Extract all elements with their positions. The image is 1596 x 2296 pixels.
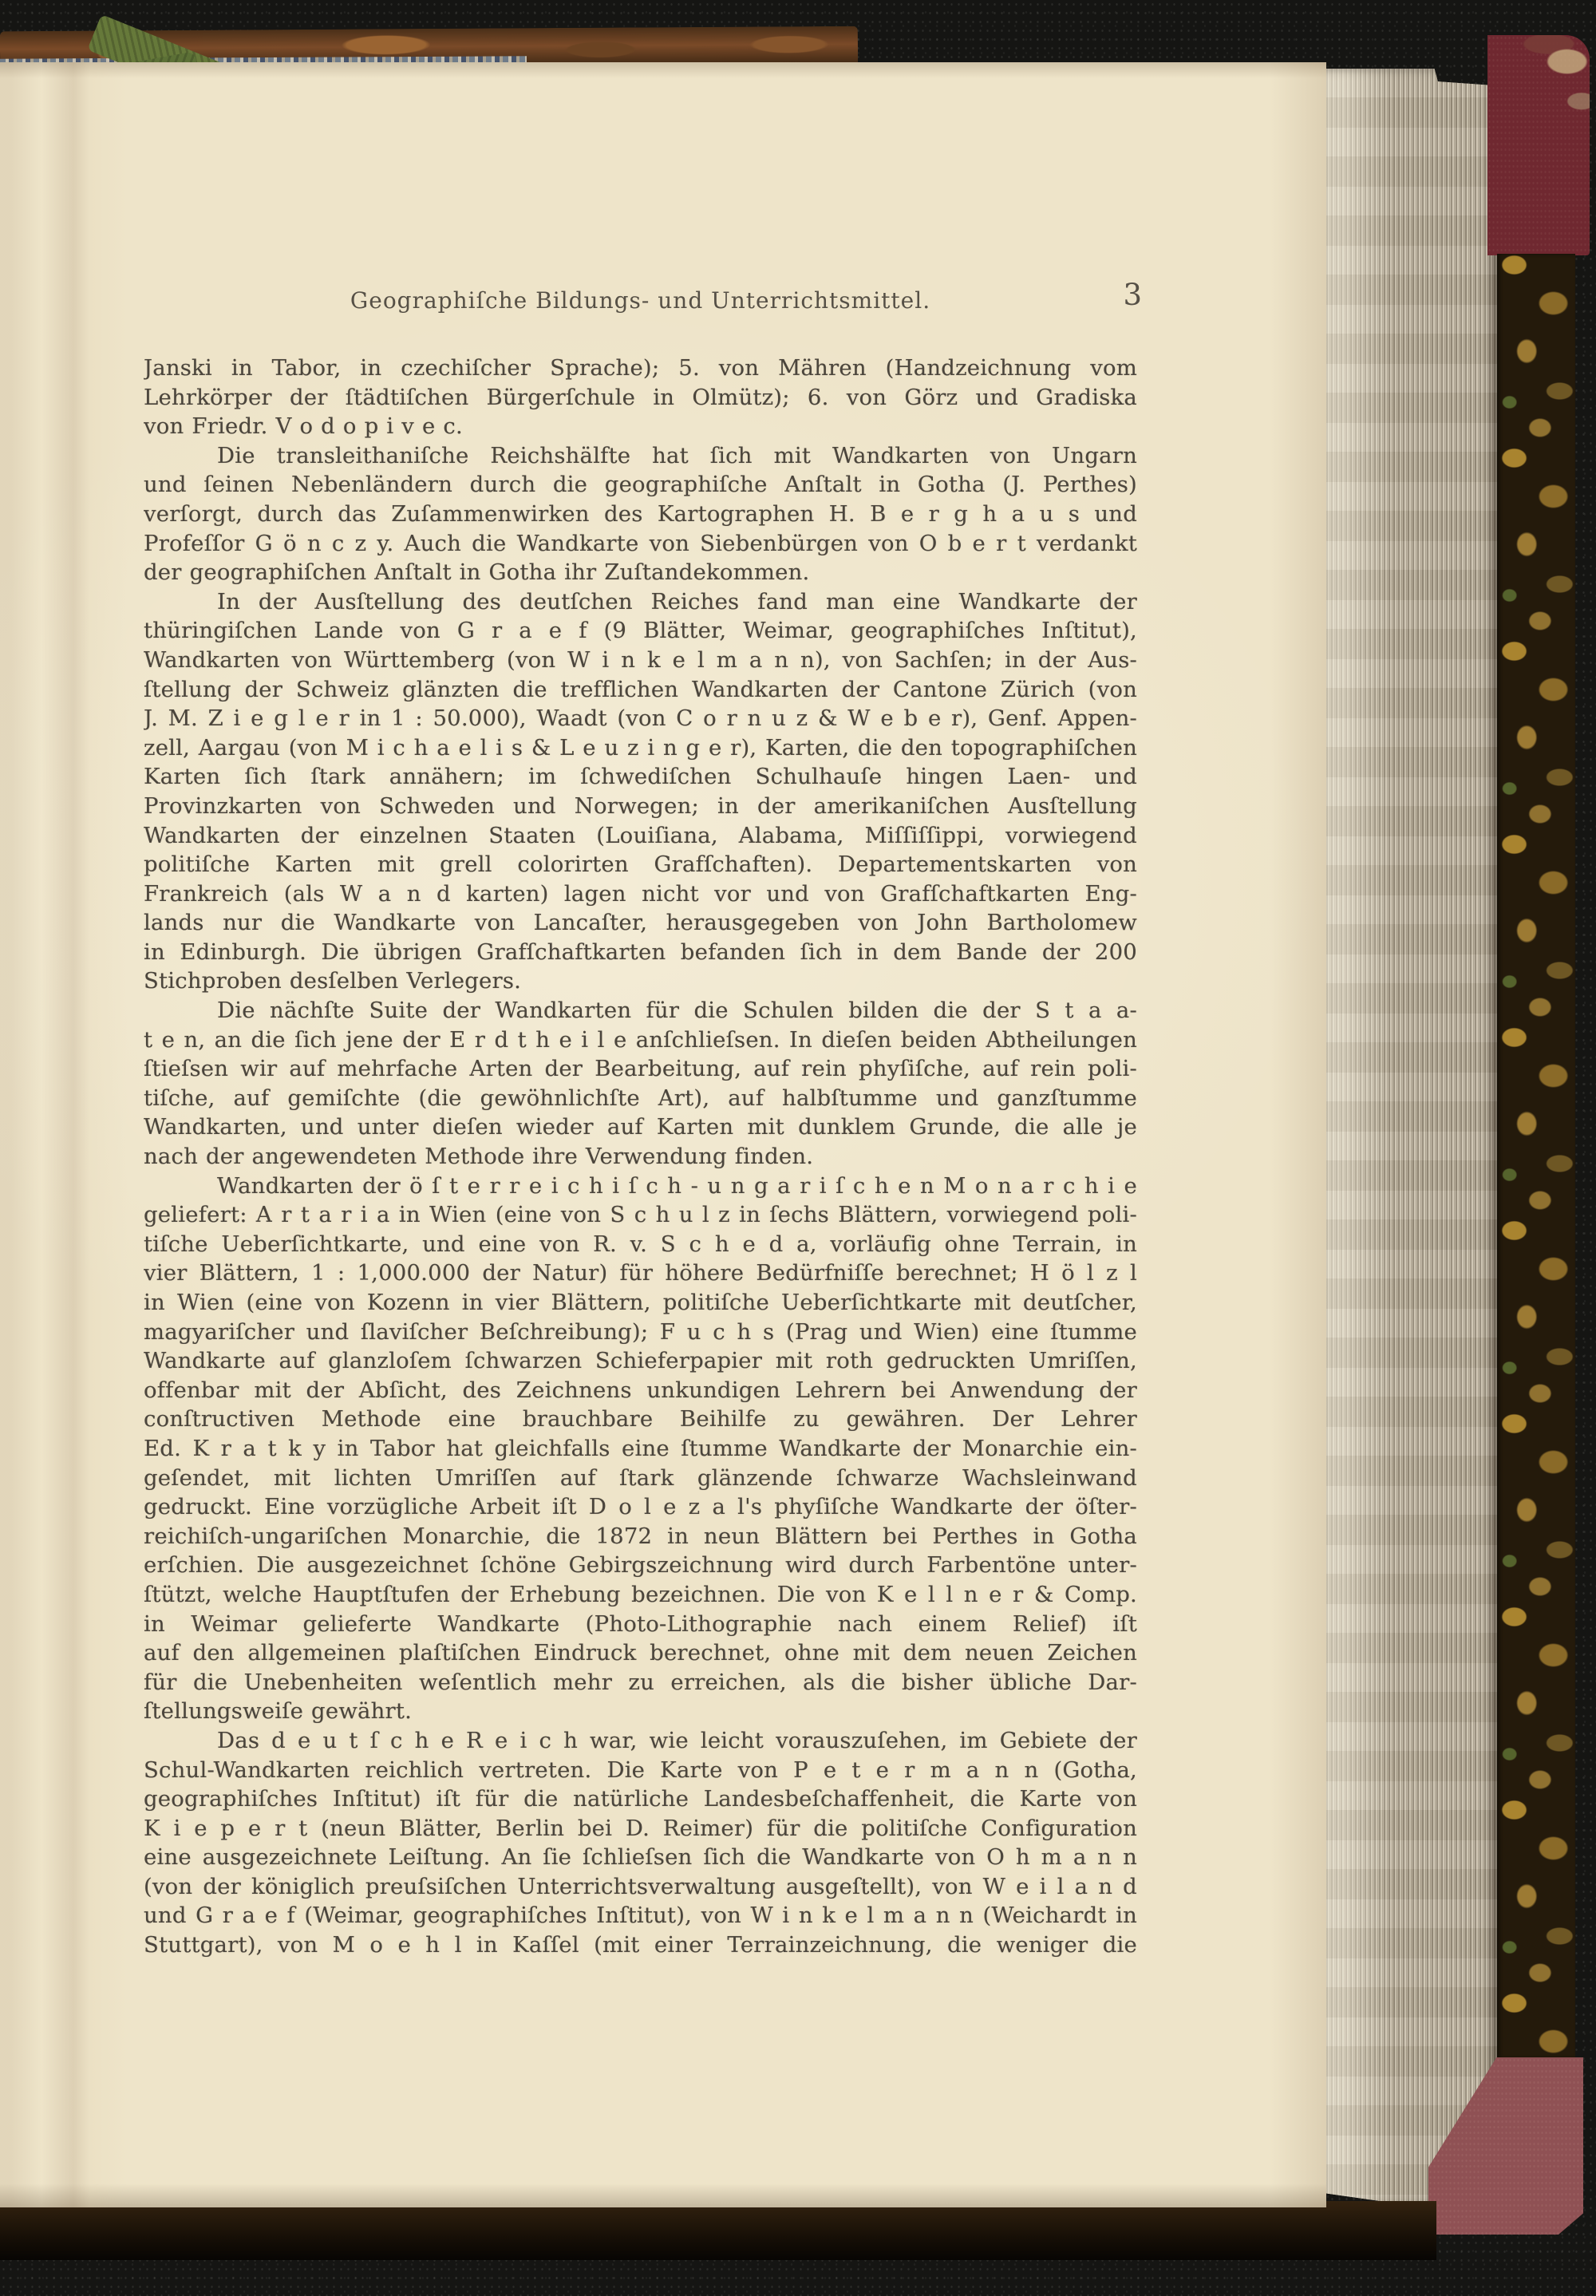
text-line: eine ausgezeichnete Leiſtung. An ſie ſch… xyxy=(144,1843,1137,1872)
book-bottom-edge xyxy=(0,2201,1436,2260)
text-line: lands nur die Wandkarte von Lancaſter, h… xyxy=(144,908,1137,938)
text-line: J. M. Z i e g l e r in 1 : 50.000), Waad… xyxy=(144,704,1137,733)
text-line: Janski in Tabor, in czechiſcher Sprache)… xyxy=(144,354,1137,383)
text-line: vier Blättern, 1 : 1,000.000 der Natur) … xyxy=(144,1259,1137,1288)
page-header-title: Geographiſche Bildungs- und Unterrichtsm… xyxy=(350,287,930,314)
page-fore-edge xyxy=(1323,69,1497,2206)
text-line: Stuttgart), von M o e h l in Kaſſel (mit… xyxy=(144,1930,1137,1960)
text-line: und ſeinen Nebenländern durch die geogra… xyxy=(144,470,1137,500)
text-line: Lehrkörper der ſtädtiſchen Bürgerſchule … xyxy=(144,383,1137,413)
text-line: geographiſches Inſtitut) iſt für die nat… xyxy=(144,1784,1137,1814)
text-line: ſtieſsen wir auf mehrfache Arten der Bea… xyxy=(144,1054,1137,1084)
text-line: Schul-Wandkarten reichlich vertreten. Di… xyxy=(144,1756,1137,1785)
text-line: zell, Aargau (von M i c h a e l i s & L … xyxy=(144,733,1137,763)
text-line: in Edinburgh. Die übrigen Grafſchaftkart… xyxy=(144,938,1137,967)
text-line: thüringiſchen Lande von G r a e f (9 Blä… xyxy=(144,616,1137,646)
text-line: verſorgt, durch das Zuſammenwirken des K… xyxy=(144,500,1137,529)
text-line: geſendet, mit lichten Umriſſen auf ſtark… xyxy=(144,1464,1137,1493)
text-line: in Weimar gelieferte Wandkarte (Photo-Li… xyxy=(144,1610,1137,1639)
text-line: offenbar mit der Abſicht, des Zeichnens … xyxy=(144,1376,1137,1405)
text-line: ſtellung der Schweiz glänzten die treffl… xyxy=(144,675,1137,705)
text-line: und G r a e f (Weimar, geographiſches In… xyxy=(144,1901,1137,1930)
text-line: In der Ausſtellung des deutſchen Reiches… xyxy=(144,587,1137,617)
page-number: 3 xyxy=(1123,278,1142,312)
text-line: auf den allgemeinen plaſtiſchen Eindruck… xyxy=(144,1638,1137,1668)
text-line: tiſche Ueberſichtkarte, und eine von R. … xyxy=(144,1230,1137,1259)
text-line: (von der königlich preuſsiſchen Unterric… xyxy=(144,1872,1137,1902)
text-line: Wandkarten von Württemberg (von W i n k … xyxy=(144,646,1137,675)
text-line: Frankreich (als W a n d karten) lagen ni… xyxy=(144,879,1137,909)
scanned-book-photo: Geographiſche Bildungs- und Unterrichtsm… xyxy=(0,0,1596,2296)
cover-corner-top xyxy=(1487,35,1590,255)
text-line: t e n, an die ſich jene der E r d t h e … xyxy=(144,1025,1137,1055)
text-line: ſtellungsweiſe gewährt. xyxy=(144,1697,1137,1726)
text-line: K i e p e r t (neun Blätter, Berlin bei … xyxy=(144,1814,1137,1844)
text-line: der geographiſchen Anſtalt in Gotha ihr … xyxy=(144,558,1137,587)
text-line: conſtructiven Methode eine brauchbare Be… xyxy=(144,1405,1137,1434)
text-line: Wandkarten der einzelnen Staaten (Louiſi… xyxy=(144,821,1137,851)
text-line: Wandkarte auf glanzloſem ſchwarzen Schie… xyxy=(144,1346,1137,1376)
text-line: tiſche, auf gemiſchte (die gewöhnlichſte… xyxy=(144,1084,1137,1113)
text-line: Provinzkarten von Schweden und Norwegen;… xyxy=(144,792,1137,821)
text-line: Ed. K r a t k y in Tabor hat gleichfalls… xyxy=(144,1434,1137,1464)
text-line: Die transleithaniſche Reichshälfte hat ſ… xyxy=(144,441,1137,471)
text-line: reichiſch-ungariſchen Monarchie, die 187… xyxy=(144,1522,1137,1551)
text-line: gedruckt. Eine vorzügliche Arbeit iſt D … xyxy=(144,1492,1137,1522)
text-line: nach der angewendeten Methode ihre Verwe… xyxy=(144,1142,1137,1172)
text-line: Wandkarten der ö ſ t e r r e i c h i ſ c… xyxy=(144,1172,1137,1201)
body-text: Janski in Tabor, in czechiſcher Sprache)… xyxy=(144,354,1137,1960)
text-line: politiſche Karten mit grell colorirten G… xyxy=(144,850,1137,879)
text-line: Das d e u t ſ c h e R e i c h war, wie l… xyxy=(144,1726,1137,1756)
text-line: Die nächſte Suite der Wandkarten für die… xyxy=(144,996,1137,1025)
running-header: Geographiſche Bildungs- und Unterrichtsm… xyxy=(144,287,1137,322)
text-line: Profeſſor G ö n c z y. Auch die Wandkart… xyxy=(144,529,1137,559)
text-line: magyariſcher und ſlaviſcher Beſchreibung… xyxy=(144,1318,1137,1347)
text-line: geliefert: A r t a r i a in Wien (eine v… xyxy=(144,1200,1137,1230)
text-line: erſchien. Die ausgezeichnet ſchöne Gebir… xyxy=(144,1551,1137,1580)
text-line: ſtützt, welche Hauptſtufen der Erhebung … xyxy=(144,1580,1137,1610)
text-line: Stichproben desſelben Verlegers. xyxy=(144,966,1137,996)
book-page: Geographiſche Bildungs- und Unterrichtsm… xyxy=(0,62,1326,2207)
text-line: Karten ſich ſtark annähern; im ſchwediſc… xyxy=(144,762,1137,792)
text-line: in Wien (eine von Kozenn in vier Blätter… xyxy=(144,1288,1137,1318)
cover-marbled-edge xyxy=(1497,254,1575,2059)
text-line: Wandkarten, und unter dieſen wieder auf … xyxy=(144,1112,1137,1142)
text-line: für die Unebenheiten weſentlich mehr zu … xyxy=(144,1668,1137,1697)
text-line: von Friedr. V o d o p i v e c. xyxy=(144,412,1137,441)
